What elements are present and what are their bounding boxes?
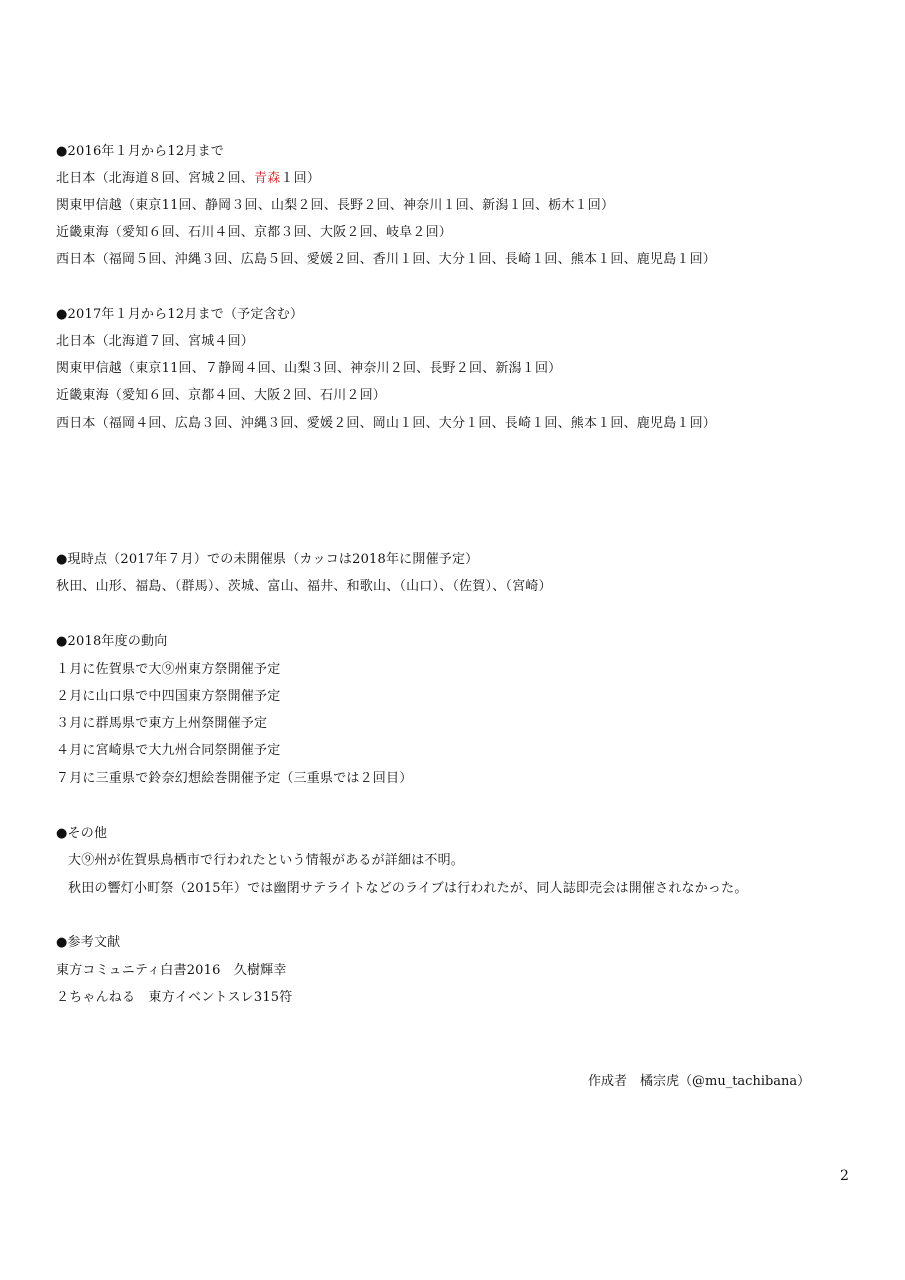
- section-2016-heading: ●2016年１月から12月まで: [56, 143, 224, 161]
- references-heading: ●参考文献: [56, 934, 120, 952]
- section-2016-west: 西日本（福岡５回、沖縄３回、広島５回、愛媛２回、香川１回、大分１回、長崎１回、熊…: [56, 251, 716, 269]
- trend-item: ３月に群馬県で東方上州祭開催予定: [56, 715, 267, 733]
- other-heading: ●その他: [56, 825, 107, 843]
- other-item: 秋田の響灯小町祭（2015年）では幽閉サテライトなどのライブは行われたが、同人誌…: [68, 880, 748, 898]
- reference-item: 東方コミュニティ白書2016 久樹輝幸: [56, 962, 287, 980]
- section-2017-kanto: 関東甲信越（東京11回、７静岡４回、山梨３回、神奈川２回、長野２回、新潟１回）: [56, 360, 561, 378]
- author-credit: 作成者 橘宗虎（@mu_tachibana）: [588, 1073, 810, 1091]
- section-2016-kinki: 近畿東海（愛知６回、石川４回、京都３回、大阪２回、岐阜２回）: [56, 224, 452, 242]
- section-2017-west: 西日本（福岡４回、広島３回、沖縄３回、愛媛２回、岡山１回、大分１回、長崎１回、熊…: [56, 415, 716, 433]
- trend-item: ７月に三重県で鈴奈幻想絵巻開催予定（三重県では２回目）: [56, 770, 412, 788]
- north-prefix: 北日本（北海道８回、宮城２回、: [56, 171, 254, 186]
- trend-item: １月に佐賀県で大⑨州東方祭開催予定: [56, 661, 280, 679]
- page-number: 2: [840, 1167, 849, 1185]
- other-item: 大⑨州が佐賀県鳥栖市で行われたという情報があるが詳細は不明。: [68, 852, 464, 870]
- trend-item: ２月に山口県で中四国東方祭開催予定: [56, 688, 280, 706]
- unheld-heading: ●現時点（2017年７月）での未開催県（カッコは2018年に開催予定）: [56, 551, 478, 569]
- section-2017-kinki: 近畿東海（愛知６回、京都４回、大阪２回、石川２回）: [56, 387, 386, 405]
- north-suffix: １回）: [280, 171, 320, 186]
- reference-item: ２ちゃんねる 東方イベントスレ315符: [56, 989, 292, 1007]
- section-2017-heading: ●2017年１月から12月まで（予定含む）: [56, 306, 303, 324]
- aomori-highlight: 青森: [254, 171, 280, 186]
- trend-item: ４月に宮崎県で大九州合同祭開催予定: [56, 742, 280, 760]
- unheld-list: 秋田、山形、福島、（群馬）、茨城、富山、福井、和歌山、（山口）、（佐賀）、（宮崎…: [56, 578, 552, 596]
- section-2016-kanto: 関東甲信越（東京11回、静岡３回、山梨２回、長野２回、神奈川１回、新潟１回、栃木…: [56, 197, 614, 215]
- section-2017-north: 北日本（北海道７回、宮城４回）: [56, 333, 254, 351]
- section-2016-north: 北日本（北海道８回、宮城２回、青森１回）: [56, 170, 320, 188]
- document-page: ●2016年１月から12月まで 北日本（北海道８回、宮城２回、青森１回） 関東甲…: [0, 0, 905, 1280]
- trends-2018-heading: ●2018年度の動向: [56, 633, 167, 651]
